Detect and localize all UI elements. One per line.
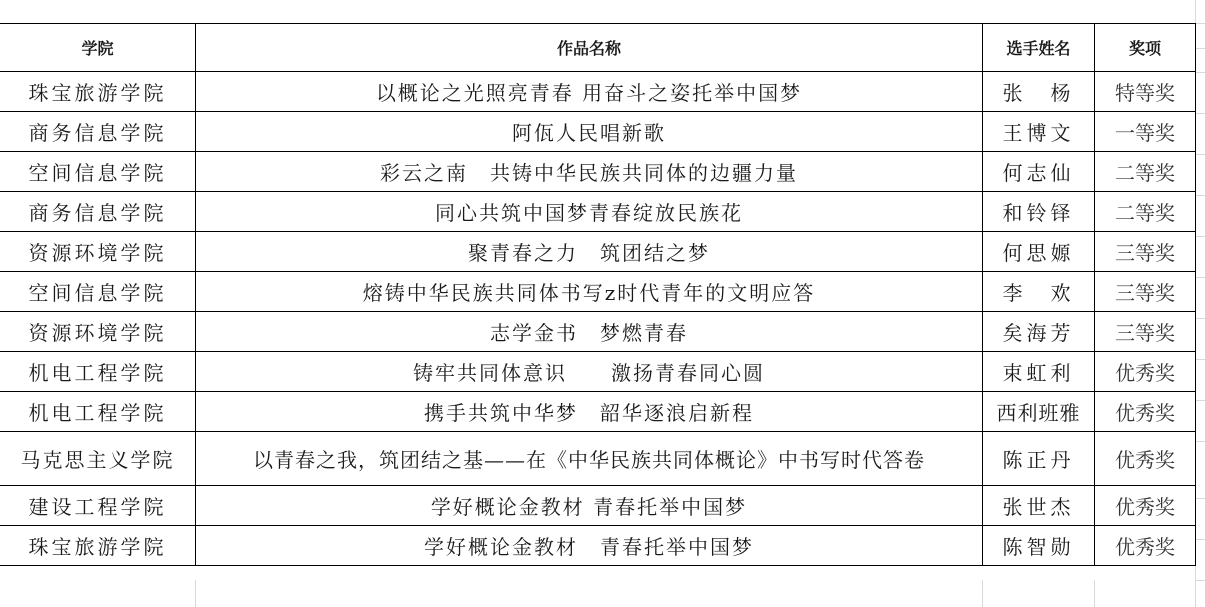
sheet-gridline <box>1195 154 1205 155</box>
table-row: 空间信息学院 彩云之南 共铸中华民族共同体的边疆力量 何志仙 二等奖 <box>0 152 1196 192</box>
sheet-gridline <box>1195 400 1205 401</box>
cell-award[interactable]: 优秀奖 <box>1095 526 1196 566</box>
table-row: 机电工程学院 携手共筑中华梦 韶华逐浪启新程 西利班雅 优秀奖 <box>0 392 1196 432</box>
sheet-gridline <box>1195 580 1205 581</box>
header-work[interactable]: 作品名称 <box>196 24 983 72</box>
cell-name[interactable]: 何思嫄 <box>983 232 1095 272</box>
sheet-gridline <box>1195 359 1205 360</box>
sheet-gridline <box>1195 277 1205 278</box>
table-row: 资源环境学院 聚青春之力 筑团结之梦 何思嫄 三等奖 <box>0 232 1196 272</box>
cell-name[interactable]: 西利班雅 <box>983 392 1095 432</box>
cell-work[interactable]: 熔铸中华民族共同体书写z时代青年的文明应答 <box>196 272 983 312</box>
cell-college[interactable]: 建设工程学院 <box>0 486 196 526</box>
cell-college[interactable]: 商务信息学院 <box>0 112 196 152</box>
header-award[interactable]: 奖项 <box>1095 24 1196 72</box>
cell-college[interactable]: 空间信息学院 <box>0 272 196 312</box>
sheet-gridline <box>1195 48 1205 49</box>
header-row: 学院 作品名称 选手姓名 奖项 <box>0 24 1196 72</box>
cell-award[interactable]: 优秀奖 <box>1095 432 1196 486</box>
cell-award[interactable]: 特等奖 <box>1095 72 1196 112</box>
cell-college[interactable]: 机电工程学院 <box>0 352 196 392</box>
sheet-gridline <box>1195 236 1205 237</box>
cell-award[interactable]: 一等奖 <box>1095 112 1196 152</box>
cell-name[interactable]: 束虹利 <box>983 352 1095 392</box>
cell-name[interactable]: 和铃铎 <box>983 192 1095 232</box>
cell-work[interactable]: 学好概论金教材 青春托举中国梦 <box>196 486 983 526</box>
cell-name[interactable]: 张世杰 <box>983 486 1095 526</box>
cell-name[interactable]: 陈正丹 <box>983 432 1095 486</box>
table-row: 商务信息学院 阿佤人民唱新歌 王博文 一等奖 <box>0 112 1196 152</box>
table-row: 建设工程学院 学好概论金教材 青春托举中国梦 张世杰 优秀奖 <box>0 486 1196 526</box>
sheet-gridline <box>1195 113 1205 114</box>
cell-work[interactable]: 学好概论金教材 青春托举中国梦 <box>196 526 983 566</box>
header-college[interactable]: 学院 <box>0 24 196 72</box>
cell-award[interactable]: 三等奖 <box>1095 272 1196 312</box>
sheet-gridline <box>1094 580 1095 607</box>
cell-college[interactable]: 资源环境学院 <box>0 232 196 272</box>
cell-award[interactable]: 三等奖 <box>1095 312 1196 352</box>
sheet-gridline <box>1195 441 1205 442</box>
cell-college[interactable]: 珠宝旅游学院 <box>0 72 196 112</box>
sheet-gridline <box>1195 195 1205 196</box>
cell-college[interactable]: 空间信息学院 <box>0 152 196 192</box>
sheet-gridline <box>195 580 196 607</box>
table-row: 珠宝旅游学院 以概论之光照亮青春 用奋斗之姿托举中国梦 张 杨 特等奖 <box>0 72 1196 112</box>
table-row: 机电工程学院 铸牢共同体意识 激扬青春同心圆 束虹利 优秀奖 <box>0 352 1196 392</box>
cell-name[interactable]: 张 杨 <box>983 72 1095 112</box>
sheet-gridline <box>982 580 983 607</box>
sheet-gridline <box>1195 498 1205 499</box>
sheet-gridline <box>1195 539 1205 540</box>
cell-college[interactable]: 机电工程学院 <box>0 392 196 432</box>
cell-award[interactable]: 二等奖 <box>1095 152 1196 192</box>
cell-award[interactable]: 优秀奖 <box>1095 392 1196 432</box>
header-name[interactable]: 选手姓名 <box>983 24 1095 72</box>
cell-work[interactable]: 同心共筑中国梦青春绽放民族花 <box>196 192 983 232</box>
awards-table: 学院 作品名称 选手姓名 奖项 珠宝旅游学院 以概论之光照亮青春 用奋斗之姿托举… <box>0 23 1196 566</box>
cell-work[interactable]: 阿佤人民唱新歌 <box>196 112 983 152</box>
cell-award[interactable]: 优秀奖 <box>1095 352 1196 392</box>
cell-college[interactable]: 马克思主义学院 <box>0 432 196 486</box>
cell-award[interactable]: 三等奖 <box>1095 232 1196 272</box>
cell-name[interactable]: 何志仙 <box>983 152 1095 192</box>
cell-award[interactable]: 二等奖 <box>1095 192 1196 232</box>
cell-college[interactable]: 珠宝旅游学院 <box>0 526 196 566</box>
sheet-gridline <box>1195 23 1205 24</box>
cell-college[interactable]: 商务信息学院 <box>0 192 196 232</box>
sheet-gridline <box>1195 318 1205 319</box>
table-row: 空间信息学院 熔铸中华民族共同体书写z时代青年的文明应答 李 欢 三等奖 <box>0 272 1196 312</box>
cell-name[interactable]: 陈智勋 <box>983 526 1095 566</box>
cell-award[interactable]: 优秀奖 <box>1095 486 1196 526</box>
table-row: 珠宝旅游学院 学好概论金教材 青春托举中国梦 陈智勋 优秀奖 <box>0 526 1196 566</box>
cell-work[interactable]: 聚青春之力 筑团结之梦 <box>196 232 983 272</box>
cell-work[interactable]: 以青春之我，筑团结之基——在《中华民族共同体概论》中书写时代答卷 <box>196 432 983 486</box>
cell-work[interactable]: 志学金书 梦燃青春 <box>196 312 983 352</box>
cell-name[interactable]: 李 欢 <box>983 272 1095 312</box>
cell-name[interactable]: 王博文 <box>983 112 1095 152</box>
cell-work[interactable]: 铸牢共同体意识 激扬青春同心圆 <box>196 352 983 392</box>
table-row: 商务信息学院 同心共筑中国梦青春绽放民族花 和铃铎 二等奖 <box>0 192 1196 232</box>
cell-name[interactable]: 矣海芳 <box>983 312 1095 352</box>
table-row: 马克思主义学院 以青春之我，筑团结之基——在《中华民族共同体概论》中书写时代答卷… <box>0 432 1196 486</box>
table-row: 资源环境学院 志学金书 梦燃青春 矣海芳 三等奖 <box>0 312 1196 352</box>
cell-college[interactable]: 资源环境学院 <box>0 312 196 352</box>
cell-work[interactable]: 携手共筑中华梦 韶华逐浪启新程 <box>196 392 983 432</box>
cell-work[interactable]: 彩云之南 共铸中华民族共同体的边疆力量 <box>196 152 983 192</box>
cell-work[interactable]: 以概论之光照亮青春 用奋斗之姿托举中国梦 <box>196 72 983 112</box>
sheet-gridline <box>1195 72 1205 73</box>
